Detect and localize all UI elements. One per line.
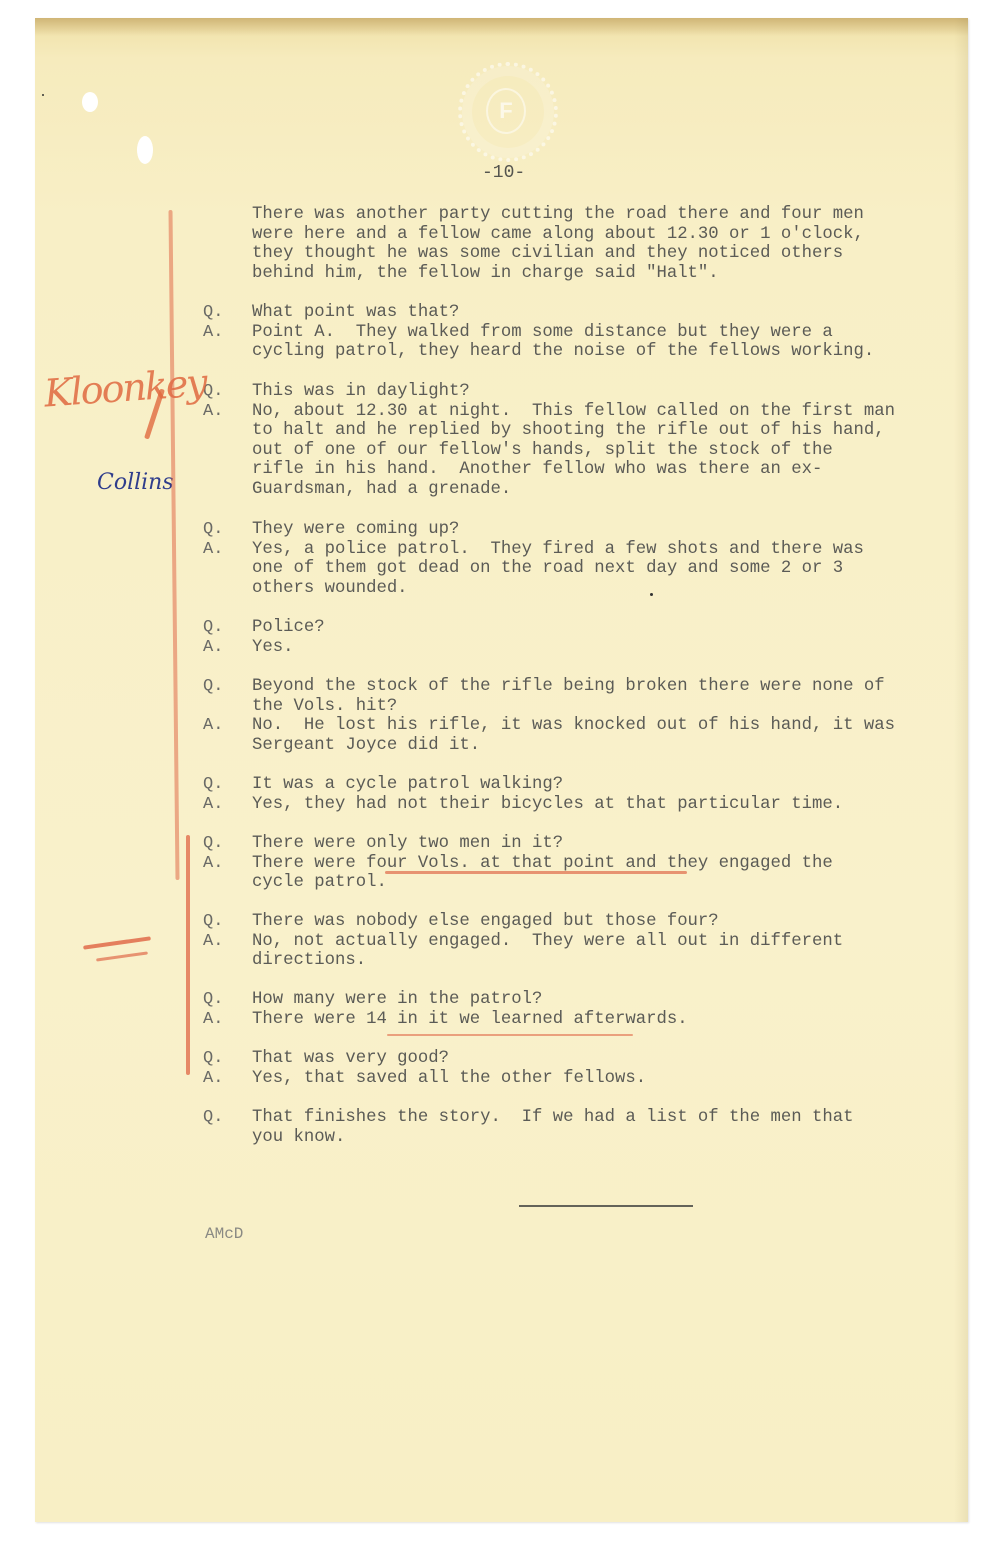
qa-text: No, not actually engaged. They were all … <box>252 932 843 971</box>
qa-text: Yes, they had not their bicycles at that… <box>252 795 843 815</box>
qa-label: A. <box>203 795 252 815</box>
qa-text: This was in daylight? <box>252 382 470 402</box>
ink-speck <box>42 94 44 96</box>
qa-label: Q. <box>203 303 252 323</box>
qa-block: Q.How many were in the patrol?A.There we… <box>203 990 688 1029</box>
qa-label: Q. <box>203 990 252 1010</box>
qa-block: Q.There was nobody else engaged but thos… <box>203 912 843 971</box>
underline-mark <box>387 1034 633 1036</box>
qa-text: How many were in the patrol? <box>252 990 542 1010</box>
qa-text: There were 14 in it we learned afterward… <box>252 1010 688 1030</box>
qa-text: What point was that? <box>252 303 459 323</box>
underline-mark <box>385 871 687 874</box>
end-rule <box>519 1205 693 1207</box>
qa-block: Q.That finishes the story. If we had a l… <box>203 1108 854 1147</box>
qa-label: Q. <box>203 912 252 932</box>
qa-block: Q.Police?A.Yes. <box>203 618 325 657</box>
qa-text: Yes, that saved all the other fellows. <box>252 1069 646 1089</box>
question-row: Q.Beyond the stock of the rifle being br… <box>203 677 895 716</box>
qa-block: Q.Beyond the stock of the rifle being br… <box>203 677 895 755</box>
question-row: Q.That finishes the story. If we had a l… <box>203 1108 854 1147</box>
qa-block: Q.They were coming up?A.Yes, a police pa… <box>203 520 864 598</box>
qa-text: It was a cycle patrol walking? <box>252 775 563 795</box>
qa-text: Beyond the stock of the rifle being brok… <box>252 677 885 716</box>
question-row: Q.How many were in the patrol? <box>203 990 688 1010</box>
qa-text: Police? <box>252 618 325 638</box>
qa-label: Q. <box>203 834 252 854</box>
seal-monogram: F <box>486 88 526 134</box>
qa-text: Yes. <box>252 638 293 658</box>
qa-label: A. <box>203 716 252 755</box>
margin-note-blue: Collins <box>97 470 174 495</box>
question-row: Q.This was in daylight? <box>203 382 895 402</box>
answer-row: A.No, not actually engaged. They were al… <box>203 932 843 971</box>
qa-label: Q. <box>203 618 252 638</box>
qa-block: Q.That was very good?A.Yes, that saved a… <box>203 1049 646 1088</box>
question-row: Q.It was a cycle patrol walking? <box>203 775 843 795</box>
qa-block: Q.What point was that?A.Point A. They wa… <box>203 303 874 362</box>
qa-label: Q. <box>203 382 252 402</box>
question-row: Q.There were only two men in it? <box>203 834 833 854</box>
qa-text: Yes, a police patrol. They fired a few s… <box>252 540 864 599</box>
ink-speck <box>650 593 653 596</box>
qa-label: A. <box>203 1069 252 1089</box>
qa-text: Point A. They walked from some distance … <box>252 323 874 362</box>
qa-block: Q.It was a cycle patrol walking?A.Yes, t… <box>203 775 843 814</box>
qa-label: Q. <box>203 1108 252 1147</box>
qa-label: A. <box>203 323 252 362</box>
answer-row: A.No, about 12.30 at night. This fellow … <box>203 402 895 500</box>
qa-block: Q.This was in daylight?A.No, about 12.30… <box>203 382 895 500</box>
qa-text: No, about 12.30 at night. This fellow ca… <box>252 402 895 500</box>
qa-label: Q. <box>203 775 252 795</box>
answer-row: A.No. He lost his rifle, it was knocked … <box>203 716 895 755</box>
qa-label: A. <box>203 854 252 893</box>
question-row: Q.What point was that? <box>203 303 874 323</box>
intro-paragraph: There was another party cutting the road… <box>252 205 864 283</box>
qa-text: No. He lost his rifle, it was knocked ou… <box>252 716 895 755</box>
qa-label: A. <box>203 402 252 500</box>
answer-row: A.Yes, they had not their bicycles at th… <box>203 795 843 815</box>
qa-text: There was nobody else engaged but those … <box>252 912 719 932</box>
qa-text: They were coming up? <box>252 520 459 540</box>
answer-row: A.There were 14 in it we learned afterwa… <box>203 1010 688 1030</box>
qa-label: A. <box>203 638 252 658</box>
qa-label: A. <box>203 1010 252 1030</box>
answer-row: A.Yes. <box>203 638 325 658</box>
qa-label: Q. <box>203 677 252 716</box>
embossed-seal-icon: F <box>458 62 558 162</box>
qa-label: A. <box>203 932 252 971</box>
punch-hole <box>82 92 98 112</box>
qa-text: That finishes the story. If we had a lis… <box>252 1108 854 1147</box>
question-row: Q.There was nobody else engaged but thos… <box>203 912 843 932</box>
question-row: Q.Police? <box>203 618 325 638</box>
qa-label: Q. <box>203 520 252 540</box>
qa-block: Q.There were only two men in it?A.There … <box>203 834 833 893</box>
answer-row: A.Yes, that saved all the other fellows. <box>203 1069 646 1089</box>
qa-text: There were only two men in it? <box>252 834 563 854</box>
qa-label: Q. <box>203 1049 252 1069</box>
margin-bracket-line <box>186 835 190 1075</box>
punch-hole <box>137 136 153 164</box>
qa-label: A. <box>203 540 252 599</box>
question-row: Q.They were coming up? <box>203 520 864 540</box>
typist-initials: AMcD <box>205 1225 243 1243</box>
question-row: Q.That was very good? <box>203 1049 646 1069</box>
answer-row: A.Yes, a police patrol. They fired a few… <box>203 540 864 599</box>
qa-text: That was very good? <box>252 1049 449 1069</box>
page-number: -10- <box>482 163 525 183</box>
answer-row: A.Point A. They walked from some distanc… <box>203 323 874 362</box>
